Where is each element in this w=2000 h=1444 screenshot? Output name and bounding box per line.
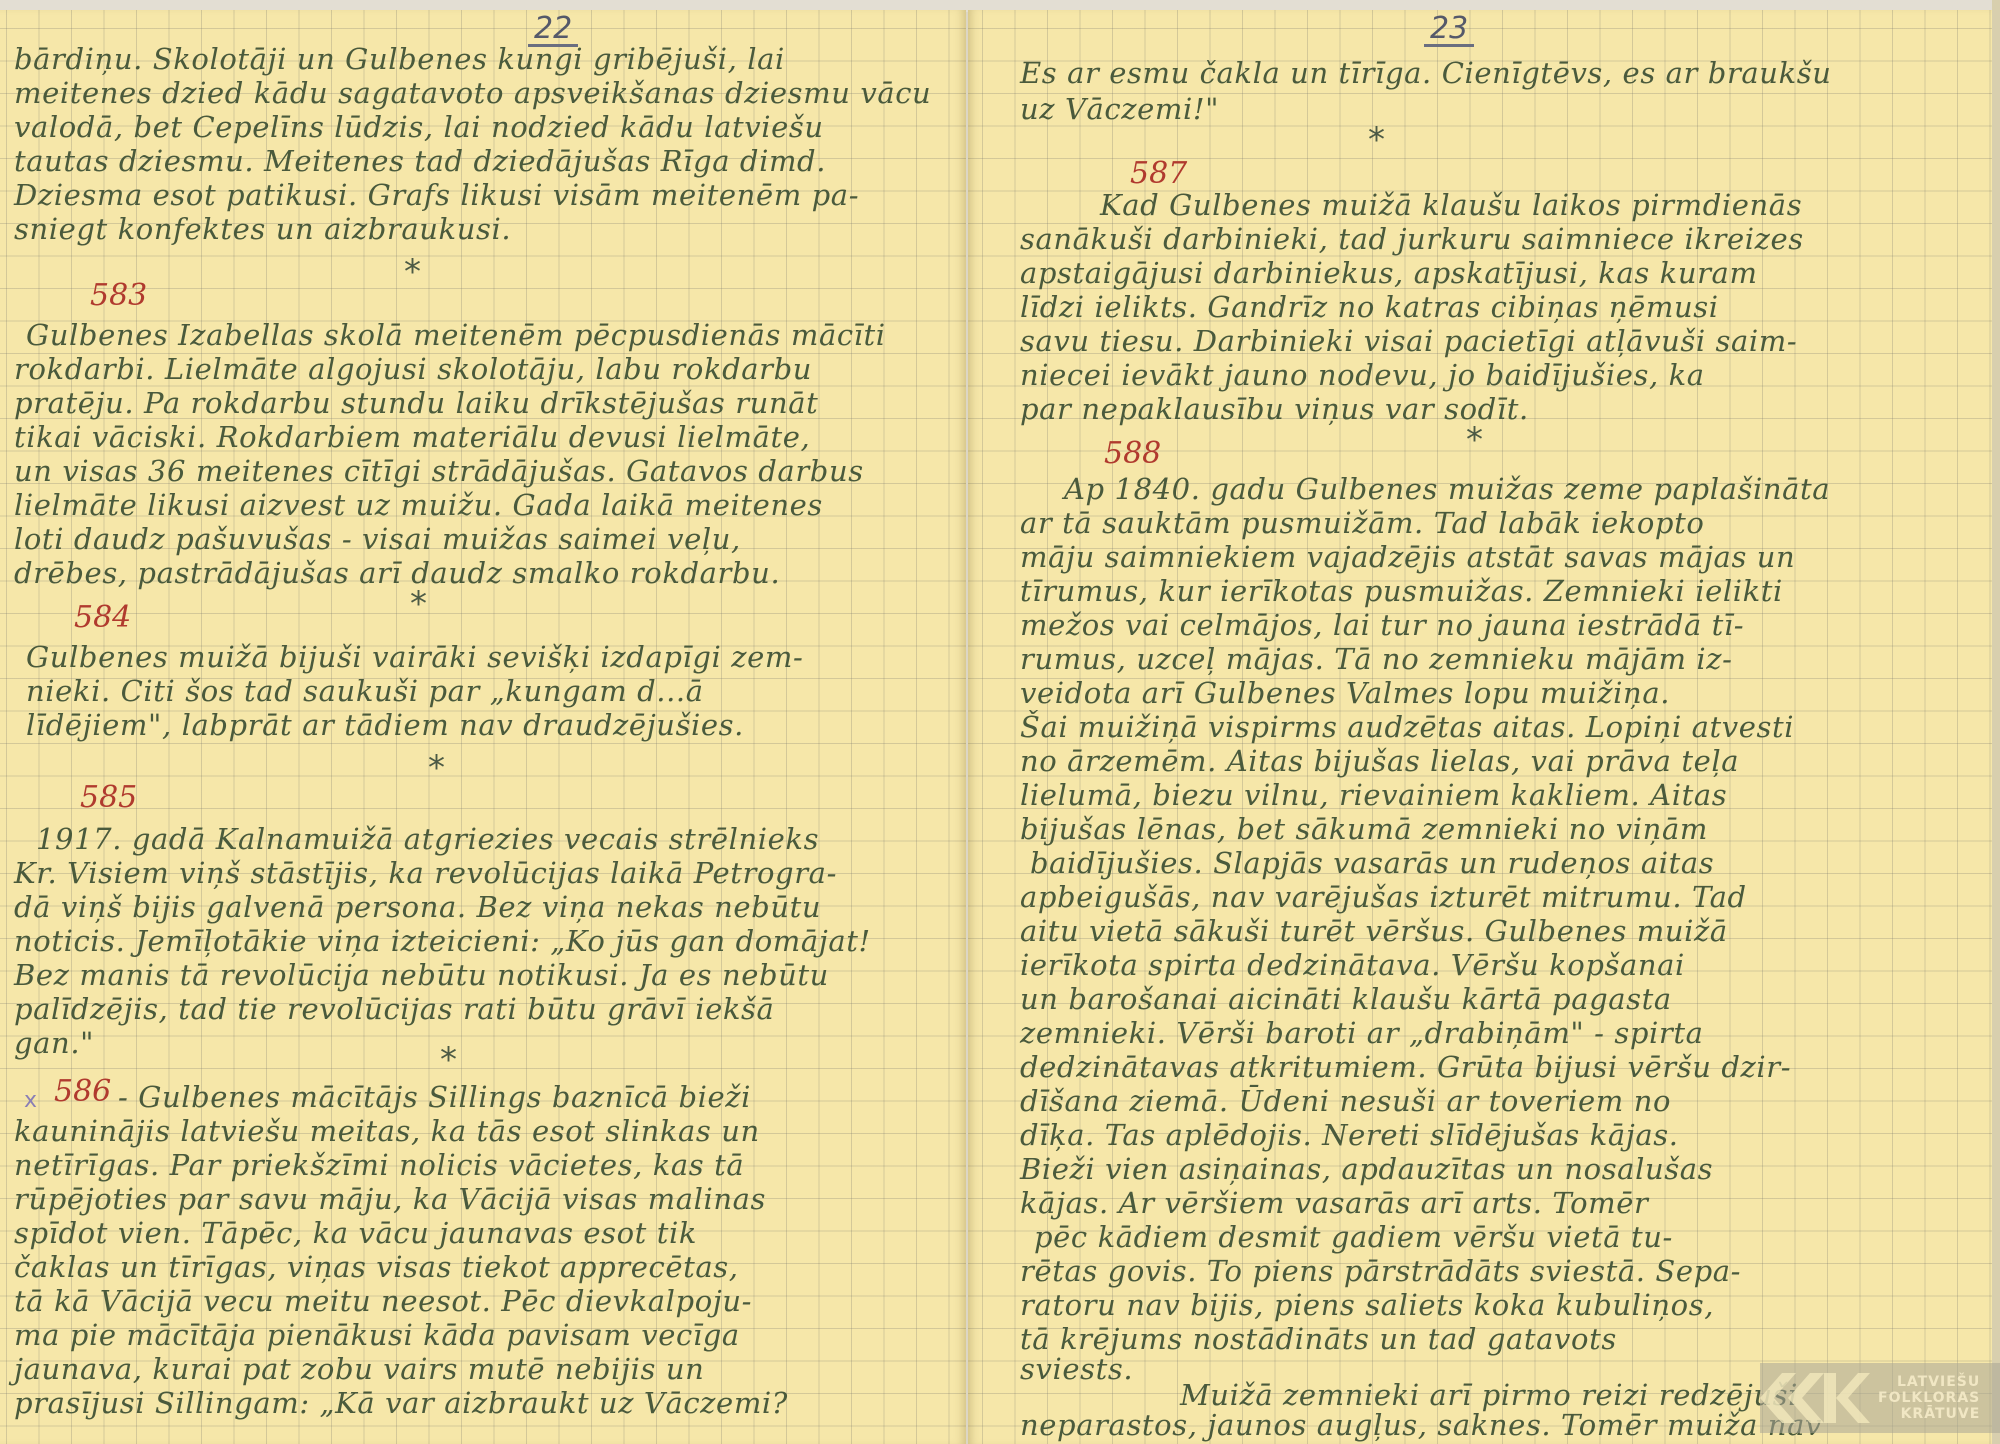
- text-line: Gulbenes Izabellas skolā meitenēm pēcpus…: [26, 318, 886, 352]
- text-line: Bez manis tā revolūcija nebūtu notikusi.…: [14, 958, 829, 992]
- text-line: Kr. Visiem viņš stāstījis, ka revolūcija…: [14, 856, 837, 890]
- text-line: pratēju. Pa rokdarbu stundu laiku drīkst…: [14, 386, 818, 420]
- watermark-latviesu-folkloras-kratuve: LATVIEŠU FOLKLORAS KRĀTUVE: [1760, 1363, 2000, 1433]
- text-line: bijušas lēnas, bet sākumā zemnieki no vi…: [1020, 812, 1708, 846]
- text-line: sviests.: [1020, 1352, 1133, 1386]
- text-line: tā krējums nostādināts un tad gatavots: [1020, 1322, 1617, 1356]
- text-line: tikai vāciski. Rokdarbiem materiālu devu…: [14, 420, 810, 454]
- text-line: - Gulbenes mācītājs Sillings baznīcā bie…: [118, 1080, 751, 1114]
- watermark-line-2: FOLKLORAS: [1878, 1390, 1980, 1406]
- text-line: dā viņš bijis galvenā persona. Bez viņa …: [14, 890, 821, 924]
- text-line: Ap 1840. gadu Gulbenes muižas zeme papla…: [1064, 472, 1830, 506]
- text-line: līdējiem", labprāt ar tādiem nav draudzē…: [26, 708, 744, 742]
- entry-number-588: 588: [1104, 436, 1161, 471]
- text-line: uz Vāczemi!": [1020, 92, 1219, 126]
- text-line: māju saimniekiem vajadzējis atstāt savas…: [1020, 540, 1795, 574]
- text-line: niecei ievākt jauno nodevu, jo baidījuši…: [1020, 358, 1705, 392]
- text-line: Muižā zemnieki arī pirmo reizi redzējuši: [1180, 1378, 1798, 1412]
- text-line: nieki. Citi šos tad saukuši par „kungam …: [26, 674, 704, 708]
- entry-number-586: 586: [54, 1074, 111, 1109]
- text-line: Šai muižiņā vispirms audzētas aitas. Lop…: [1020, 710, 1794, 744]
- text-line: Es ar esmu čakla un tīrīga. Cienīgtēvs, …: [1020, 56, 1832, 90]
- separator-star: *: [404, 252, 421, 292]
- text-line: Gulbenes muižā bijuši vairāki sevišķi iz…: [26, 640, 803, 674]
- text-line: par nepaklausību viņus var sodīt.: [1020, 392, 1529, 426]
- text-line: jaunava, kurai pat zobu vairs mutē nebij…: [14, 1352, 704, 1386]
- text-line: veidota arī Gulbenes Valmes lopu muižiņa…: [1020, 676, 1670, 710]
- text-line: rumus, uzceļ mājas. Tā no zemnieku mājām…: [1020, 642, 1733, 676]
- text-line: no ārzemēm. Aitas bijušas lielas, vai pr…: [1020, 744, 1739, 778]
- text-line: tautas dziesmu. Meitenes tad dziedājušas…: [14, 144, 826, 178]
- text-line: rūpējoties par savu māju, ka Vācijā visa…: [14, 1182, 766, 1216]
- entry-number-584: 584: [74, 600, 131, 635]
- watermark-line-1: LATVIEŠU: [1878, 1374, 1980, 1390]
- text-line: valodā, bet Cepelīns lūdzis, lai nodzied…: [14, 110, 824, 144]
- text-line: čaklas un tīrīgas, viņas visas tiekot ap…: [14, 1250, 739, 1284]
- text-line: mežos vai celmājos, lai tur no jauna ies…: [1020, 608, 1744, 642]
- watermark-text: LATVIEŠU FOLKLORAS KRĀTUVE: [1878, 1374, 1980, 1422]
- text-line: rokdarbi. Lielmāte algojusi skolotāju, l…: [14, 352, 812, 386]
- text-line: aitu vietā sākuši turēt vēršus. Gulbenes…: [1020, 914, 1728, 948]
- text-line: apstaigājusi darbiniekus, apskatījusi, k…: [1020, 256, 1758, 290]
- text-line: kauninājis latviešu meitas, ka tās esot …: [14, 1114, 760, 1148]
- separator-star: *: [410, 584, 427, 624]
- text-line: tā kā Vācijā vecu meitu neesot. Pēc diev…: [14, 1284, 752, 1318]
- text-line: pēc kādiem desmit gadiem vēršu vietā tu-: [1034, 1220, 1673, 1254]
- text-line: Kad Gulbenes muižā klaušu laikos pirmdie…: [1100, 188, 1802, 222]
- entry-number-585: 585: [80, 780, 137, 815]
- text-line: sanākuši darbinieki, tad jurkuru saimnie…: [1020, 222, 1804, 256]
- text-line: bārdiņu. Skolotāji un Gulbenes kungi gri…: [14, 42, 785, 76]
- text-line: dīšana ziemā. Ūdeni nesuši ar toveriem n…: [1020, 1084, 1671, 1118]
- text-line: prasījusi Sillingam: „Kā var aizbraukt u…: [14, 1386, 788, 1420]
- text-line: meitenes dzied kādu sagatavoto apsveikša…: [14, 76, 931, 110]
- text-line: drēbes, pastrādājušas arī daudz smalko r…: [14, 556, 780, 590]
- text-line: Dziesma esot patikusi. Grafs likusi visā…: [14, 178, 859, 212]
- folklore-archive-logo-icon: [1760, 1363, 1870, 1433]
- text-line: ierīkota spirta dedzinātava. Vēršu kopša…: [1020, 948, 1685, 982]
- separator-star: *: [440, 1040, 457, 1080]
- text-line: palīdzējis, tad tie revolūcijas rati būt…: [14, 992, 774, 1026]
- text-line: apbeigušās, nav varējušas izturēt mitrum…: [1020, 880, 1747, 914]
- text-line: noticis. Jemīļotākie viņa izteicieni: „K…: [14, 924, 871, 958]
- text-line: dīķa. Tas aplēdojis. Nereti slīdējušas k…: [1020, 1118, 1679, 1152]
- text-line: rētas govis. To piens pārstrādāts sviest…: [1020, 1254, 1741, 1288]
- watermark-line-3: KRĀTUVE: [1878, 1406, 1980, 1422]
- x-marker: x: [24, 1088, 37, 1113]
- page-number-right: 23: [1424, 14, 1474, 47]
- text-line: zemnieki. Vērši baroti ar „drabiņām" - s…: [1020, 1016, 1704, 1050]
- page-edge: [1992, 0, 2000, 1444]
- text-line: baidījušies. Slapjās vasarās un rudeņos …: [1030, 846, 1714, 880]
- text-line: līdzi ielikts. Gandrīz no katras cibiņas…: [1020, 290, 1719, 324]
- text-line: dedzinātavas atkritumiem. Grūta bijusi v…: [1020, 1050, 1791, 1084]
- text-line: lielmāte likusi aizvest uz muižu. Gada l…: [14, 488, 823, 522]
- text-line: un barošanai aicināti klaušu kārtā pagas…: [1020, 982, 1672, 1016]
- separator-star: *: [1368, 120, 1385, 160]
- text-line: spīdot vien. Tāpēc, ka vācu jaunavas eso…: [14, 1216, 697, 1250]
- separator-star: *: [428, 748, 445, 788]
- entry-number-587: 587: [1130, 156, 1187, 191]
- entry-number-583: 583: [90, 278, 147, 313]
- text-line: ar tā sauktām pusmuižām. Tad labāk iekop…: [1020, 506, 1704, 540]
- text-line: Bieži vien asiņainas, apdauzītas un nosa…: [1020, 1152, 1713, 1186]
- text-line: gan.": [14, 1026, 94, 1060]
- text-line: kājas. Ar vēršiem vasarās arī arts. Tomē…: [1020, 1186, 1648, 1220]
- text-line: 1917. gadā Kalnamuižā atgriezies vecais …: [36, 822, 819, 856]
- text-line: loti daudz pašuvušas - visai muižas saim…: [14, 522, 741, 556]
- text-line: ma pie mācītāja pienākusi kāda pavisam v…: [14, 1318, 740, 1352]
- text-line: netīrīgas. Par priekšzīmi nolicis vāciet…: [14, 1148, 744, 1182]
- text-line: sniegt konfektes un aizbraukusi.: [14, 212, 511, 246]
- text-line: neparastos, jaunos augļus, saknes. Tomēr…: [1020, 1408, 1822, 1442]
- text-line: lielumā, biezu vilnu, rievainiem kakliem…: [1020, 778, 1727, 812]
- text-line: un visas 36 meitenes cītīgi strādājušas.…: [14, 454, 864, 488]
- separator-star: *: [1466, 420, 1483, 460]
- text-line: tīrumus, kur ierīkotas pusmuižas. Zemnie…: [1020, 574, 1783, 608]
- text-line: ratoru nav bijis, piens saliets koka kub…: [1020, 1288, 1714, 1322]
- text-line: savu tiesu. Darbinieki visai pacietīgi a…: [1020, 324, 1797, 358]
